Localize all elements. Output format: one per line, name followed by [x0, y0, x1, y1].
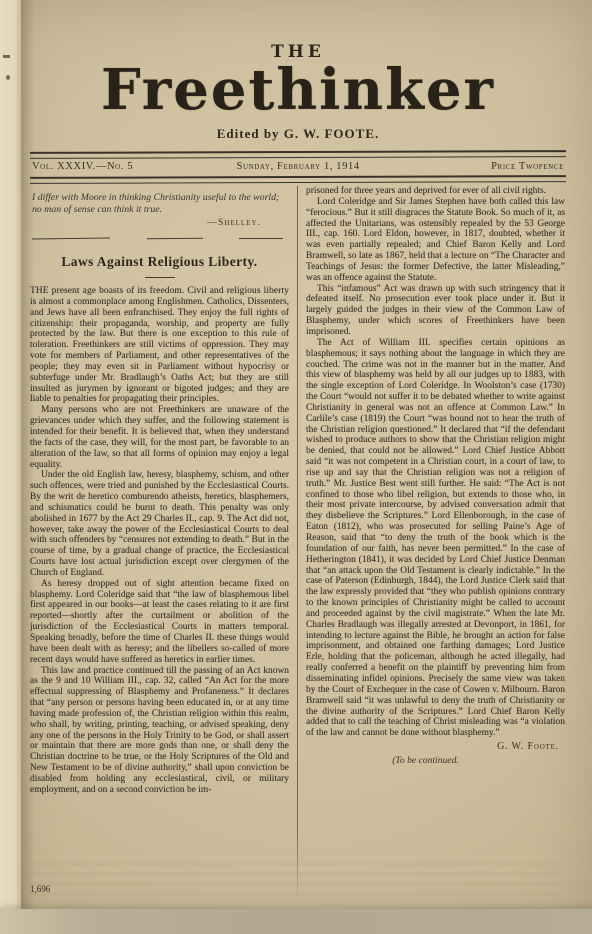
edge-mark — [3, 55, 10, 58]
scanned-newspaper-page: THE Freethinker Edited by G. W. FOOTE. V… — [0, 0, 592, 934]
masthead: THE Freethinker Edited by G. W. FOOTE. V… — [30, 42, 566, 183]
masthead-byline: Edited by G. W. FOOTE. — [30, 126, 566, 142]
column-layout: I differ with Moore in thinking Christia… — [30, 186, 566, 902]
page-edge-strip — [0, 0, 21, 934]
issue-info-row: Vol. XXXIV.—No. 5 Sunday, February 1, 19… — [30, 158, 566, 174]
epigraph-divider — [32, 238, 283, 239]
masthead-title: Freethinker — [30, 63, 566, 117]
article-paragraph: prisoned for three years and deprived fo… — [306, 186, 565, 197]
left-column: I differ with Moore in thinking Christia… — [30, 186, 297, 902]
issue-date: Sunday, February 1, 1914 — [237, 161, 360, 172]
edge-mark — [6, 75, 10, 80]
article-paragraph: Many persons who are not Freethinkers ar… — [30, 405, 289, 470]
article-signature: G. W. Foote. — [306, 741, 565, 752]
article-paragraph: Lord Coleridge and Sir James Stephen hav… — [306, 197, 565, 284]
article-continuation: (To be continued. — [306, 755, 565, 766]
issue-price: Price Twopence — [491, 161, 564, 172]
page-content: THE Freethinker Edited by G. W. FOOTE. V… — [30, 0, 566, 902]
epigraph-text: I differ with Moore in thinking Christia… — [32, 192, 279, 215]
issue-volume: Vol. XXXIV.—No. 5 — [32, 161, 133, 172]
page-folio: 1,696 — [30, 884, 289, 902]
article-paragraph: This “infamous” Act was drawn up with su… — [306, 284, 565, 338]
masthead-rule-bottom — [30, 175, 566, 184]
epigraph: I differ with Moore in thinking Christia… — [30, 192, 289, 229]
article-title: Laws Against Religious Liberty. — [30, 254, 289, 270]
article-paragraph: This law and practice continued till the… — [30, 666, 289, 796]
bottom-scan-edge — [0, 909, 592, 934]
article-paragraph: THE present age boasts of its freedom. C… — [30, 286, 289, 405]
article-paragraph: Under the old English law, heresy, blasp… — [30, 470, 289, 578]
epigraph-attribution: —Shelley. — [32, 217, 287, 229]
article-paragraph: The Act of William III. specifies certai… — [306, 338, 565, 739]
article-paragraph: As heresy dropped out of sight attention… — [30, 579, 289, 666]
title-ornament — [145, 277, 175, 278]
right-column: prisoned for three years and deprived fo… — [298, 186, 565, 902]
